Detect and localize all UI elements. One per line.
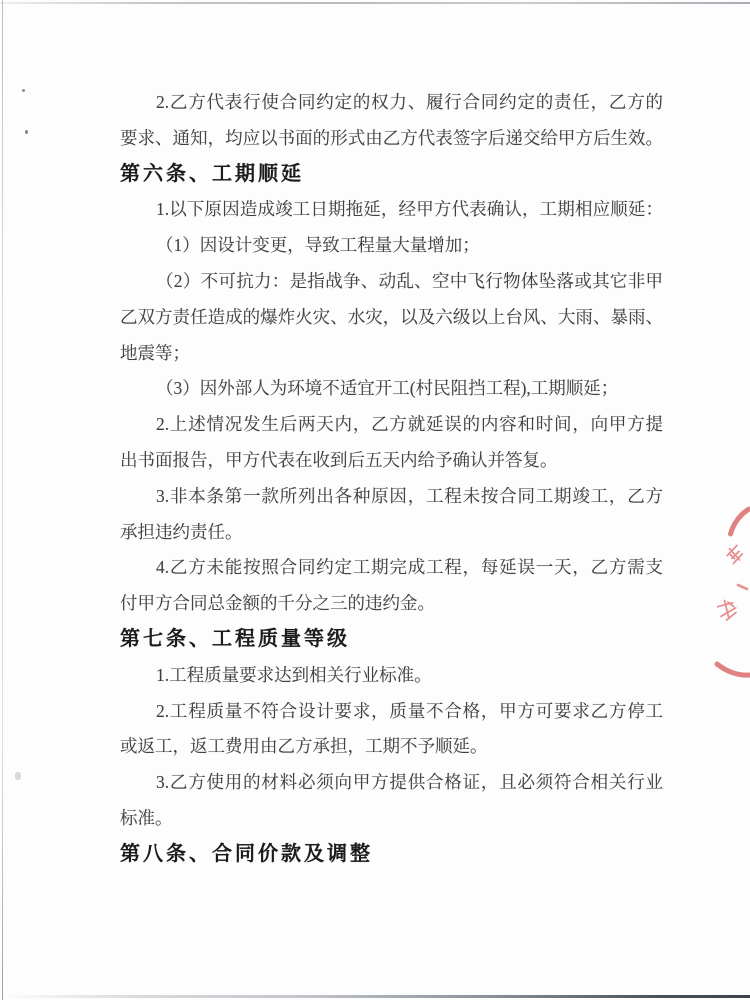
text-line: 付甲方合同总金额的千分之三的违约金。: [120, 586, 663, 622]
scanned-page: 2.乙方代表行使合同约定的权力、履行合同约定的责任，乙方的要求、通知，均应以书面…: [0, 0, 750, 1000]
scan-edge-left: [2, 0, 3, 1000]
scan-edge-bottom: [0, 995, 750, 998]
text-line: 或返工，返工费用由乙方承担，工期不予顺延。: [120, 729, 663, 765]
text-line: 2.工程质量不符合设计要求，质量不合格，甲方可要求乙方停工: [120, 694, 663, 730]
text-line: 1.工程质量要求达到相关行业标准。: [120, 658, 663, 694]
section-heading: 第六条、工期顺延: [120, 157, 663, 193]
text-line: 标准。: [120, 801, 663, 837]
text-line: （1）因设计变更，导致工程量大量增加；: [120, 228, 663, 264]
text-line: 承担违约责任。: [120, 515, 663, 551]
text-line: 3.乙方使用的材料必须向甲方提供合格证，且必须符合相关行业: [120, 765, 663, 801]
text-line: 地震等；: [120, 336, 663, 372]
section-heading: 第七条、工程质量等级: [120, 622, 663, 658]
section-heading: 第八条、合同价款及调整: [120, 837, 663, 873]
text-line: （3）因外部人为环境不适宜开工(村民阻挡工程),工期顺延；: [120, 371, 663, 407]
text-line: 1.以下原因造成竣工日期拖延，经甲方代表确认，工期相应顺延：: [120, 192, 663, 228]
text-line: 4.乙方未能按照合同约定工期完成工程，每延误一天，乙方需支: [120, 550, 663, 586]
text-line: （2）不可抗力：是指战争、动乱、空中飞行物体坠落或其它非甲: [120, 264, 663, 300]
document-body: 2.乙方代表行使合同约定的权力、履行合同约定的责任，乙方的要求、通知，均应以书面…: [120, 85, 663, 873]
text-line: 2.乙方代表行使合同约定的权力、履行合同约定的责任，乙方的: [120, 85, 663, 121]
text-line: 出书面报告，甲方代表在收到后五天内给予确认并答复。: [120, 443, 663, 479]
scan-edge-top: [0, 2, 750, 4]
dust-speck: [25, 130, 28, 134]
dust-speck: [15, 772, 21, 780]
red-seal-fragment-icon: [708, 503, 750, 693]
text-line: 2.上述情况发生后两天内，乙方就延误的内容和时间，向甲方提: [120, 407, 663, 443]
text-line: 乙双方责任造成的爆炸火灾、水灾，以及六级以上台风、大雨、暴雨、: [120, 300, 663, 336]
dust-speck: [22, 89, 25, 92]
text-line: 3.非本条第一款所列出各种原因，工程未按合同工期竣工，乙方: [120, 479, 663, 515]
text-line: 要求、通知，均应以书面的形式由乙方代表签字后递交给甲方后生效。: [120, 121, 663, 157]
